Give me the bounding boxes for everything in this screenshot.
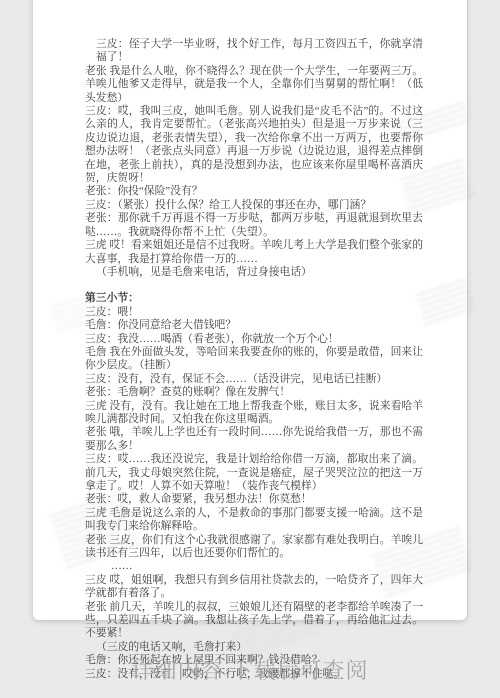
script-line: 三虎 毛詹是说这么亲的人，不是救命的事那门都要支援一哈滴。这不是叫我专门来给你解… (85, 507, 423, 534)
script-line: 三皮：没有，没有，保证不会……（话没讲完，见电话已挂断） (85, 373, 423, 386)
script-line: 三虎 哎！看来姐姐还是信不过我呀。羊唉儿考上大学是我们整个张家的大喜事，我是打算… (85, 239, 423, 266)
script-line: （手机响，见是毛詹来电话，背过身接电话） (85, 266, 423, 279)
script-line: 老张 前几天，羊唉儿的叔叔，三娘娘儿还有隔壁的老李都给羊唉凑了一些，只差四五千块… (85, 601, 423, 641)
script-line: 三皮：（紧张）投什么保？给工人投保的事还在办，哪门涵？ (85, 199, 423, 212)
document-page: 三皮：侄子大学一毕业呀，找个好工作，每月工资四五千，你就享清福了！老张 我是什么… (33, 0, 467, 620)
script-line: 三皮：喂！ (85, 306, 423, 319)
script-line: （三皮的电话又响，毛詹打来） (85, 641, 423, 654)
script-line: 三皮：哎……我还没说完，我是计划给给你借一万滴，都取出来了滴。前几天，我丈母娘突… (85, 453, 423, 493)
script-line: 老张：哎，救人命要紧，我另想办法！你莫愁！ (85, 493, 423, 506)
script-line: 三虎 没有，没有。我让她在工地上帮我查个账，账目太多，说来看哈羊唉儿满都没时间。… (85, 400, 423, 427)
script-line: 老张：那你就千万再退不得一万步哒，都两万步哒，再退就退到坎里去哒……。我就晓得你… (85, 212, 423, 239)
script-line: 毛詹 我在外面做头发，等哈回来我要查你的账的，你要是敢借，回来让你少层皮。（挂断… (85, 346, 423, 373)
script-text-block: 三皮：侄子大学一毕业呀，找个好工作，每月工资四五千，你就享清福了！老张 我是什么… (85, 38, 423, 681)
script-line: 老张：毛詹啊？查莫的账啊？像在发脾气！ (85, 386, 423, 399)
script-line: 三皮 哎，姐姐啊，我想只有到乡信用社贷款去的，一哈贷齐了，四年大学就都有着落了。 (85, 574, 423, 601)
download-notice: 详细内容 下载后可查阅 (0, 654, 500, 685)
script-line: 三皮：哎，我叫三皮，她叫毛詹。别人说我们是“皮毛不沾”的。不过这么亲的人，我肯定… (85, 105, 423, 185)
script-line: 三皮：我没……喝酒（看老张），你就放一个万个心！ (85, 333, 423, 346)
script-line: …… (85, 560, 423, 573)
script-line: 毛詹：你没同意给老大借钱吧？ (85, 319, 423, 332)
script-line: 老张 哦，羊唉儿上学也还有一段时间……你先说给我借一万，那也不需要那么多！ (85, 426, 423, 453)
script-line: 老张 我是什么人啦，你不晓得么？现在供一个大学生，一年要两三万。羊唉儿他爹又走得… (85, 65, 423, 105)
script-line: 老张：你投“保险”没有？ (85, 185, 423, 198)
script-line: 三皮：侄子大学一毕业呀，找个好工作，每月工资四五千，你就享清福了！ (85, 38, 423, 65)
script-line: 第三小节： (85, 292, 423, 305)
script-line: 老张 三皮，你们有这个心我就很感谢了。家家都有难处我明白。羊唉儿读书还有三四年，… (85, 534, 423, 561)
